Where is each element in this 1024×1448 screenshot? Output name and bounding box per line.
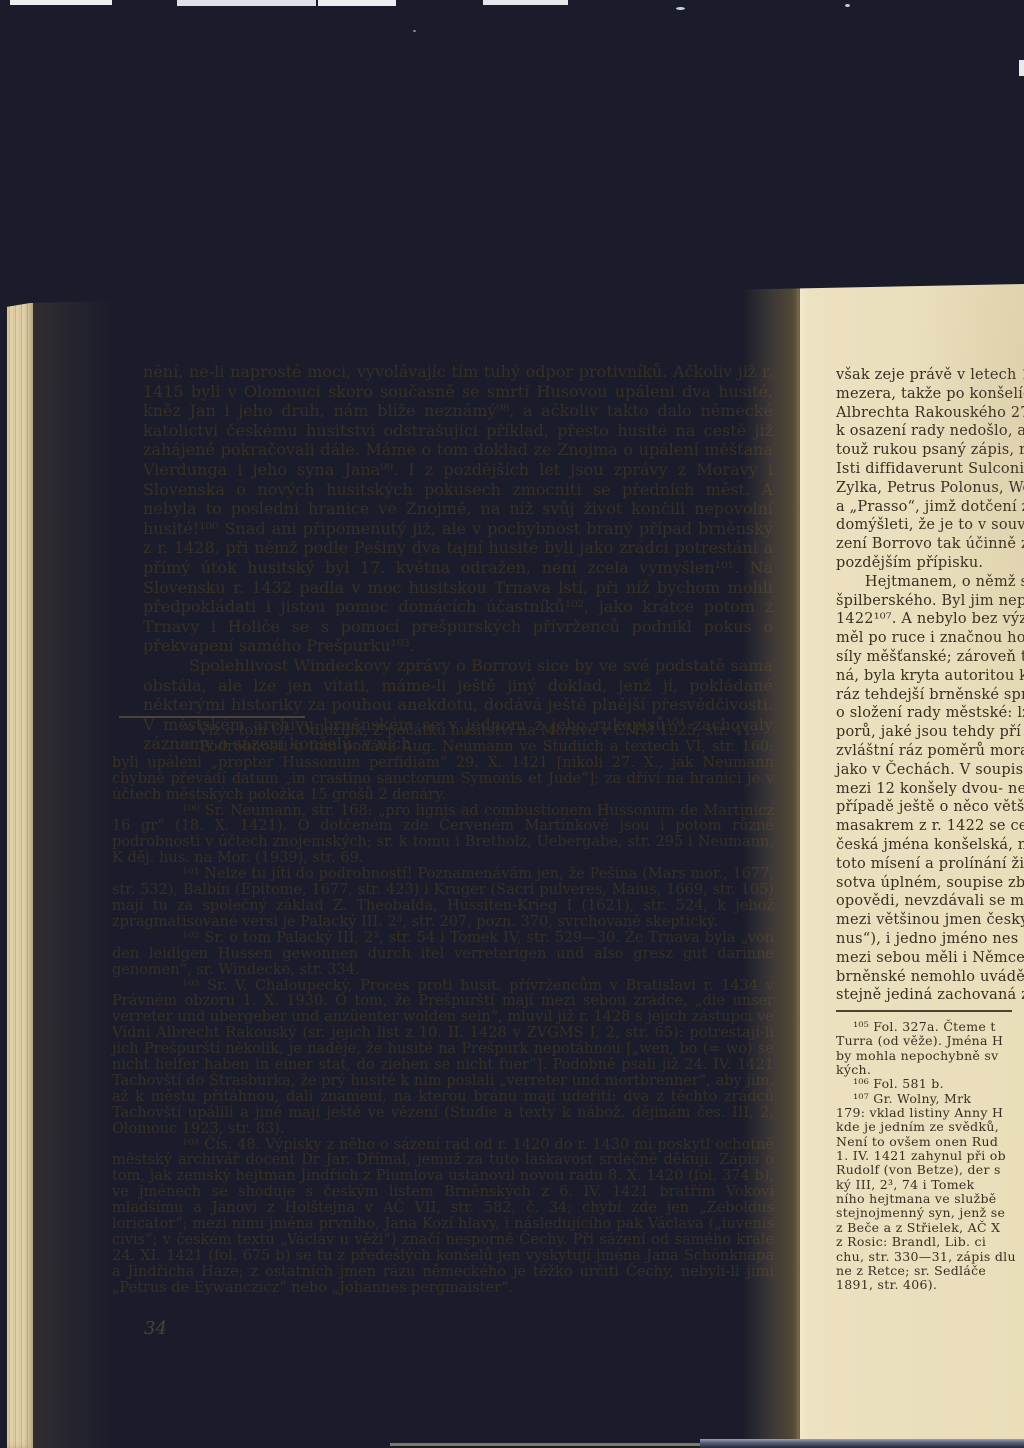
main-text-block: nění, ne-li naprosté moci, vyvolávajíc t… xyxy=(143,362,773,754)
text-line: mezi sebou měli i Němce xyxy=(836,949,1024,968)
footnote: ¹⁰³ Sr. V. Chaloupecký, Proces proti hus… xyxy=(112,979,774,1138)
scanner-background xyxy=(0,0,1024,310)
text-line: síly měšťanské; zároveň ta xyxy=(836,648,1024,667)
footnote-line: chu, str. 330—31, zápis dlu xyxy=(836,1250,1024,1264)
footnote-line: Rudolf (von Betze), der s xyxy=(836,1163,1024,1177)
text-line: ná, byla kryta autoritou kr xyxy=(836,667,1024,686)
footnote-line: ¹⁰⁷ Gr. Wolny, Mrk xyxy=(836,1092,1024,1106)
footnote-line: z Rosic: Brandl, Lib. ci xyxy=(836,1235,1024,1249)
text-line: stejně jediná zachovaná z xyxy=(836,986,1024,1005)
footnote: ⁹⁸ Viz o tom Ot. Odložilík, Z počátků hu… xyxy=(112,724,774,740)
text-line: porů, jaké jsou tehdy pří xyxy=(836,723,1024,742)
scanner-glare-bar xyxy=(10,0,112,5)
footnote-line: stejnojmenný syn, jenž se xyxy=(836,1206,1024,1220)
page-bottom-shadow xyxy=(390,1443,720,1446)
text-line: Isti diffidaverunt Sulconi c xyxy=(836,460,1024,479)
footnote-line: by mohla nepochybně sv xyxy=(836,1049,1024,1063)
right-page-footnotes: ¹⁰⁵ Fol. 327a. Čteme tTurra (od věže). J… xyxy=(836,1020,1024,1293)
dust-speck xyxy=(413,30,416,32)
text-line: zvláštní ráz poměrů mora xyxy=(836,742,1024,761)
page-edge-shading xyxy=(33,288,113,1448)
text-line: česká jména konšelská, n xyxy=(836,836,1024,855)
footnote-line: 179: vklad listiny Anny H xyxy=(836,1106,1024,1120)
text-line: o složení rady městské: lz xyxy=(836,704,1024,723)
text-line: ráz tehdejší brněnské spr xyxy=(836,686,1024,705)
text-line: Albrechta Rakouského 27. xyxy=(836,404,1024,423)
text-line: mezi většinou jmen český xyxy=(836,911,1024,930)
footnote-line: kých. xyxy=(836,1063,1024,1077)
text-line: špilberského. Byl jim nepo xyxy=(836,592,1024,611)
text-line: zení Borrovo tak účinně z xyxy=(836,535,1024,554)
text-line: 1422¹⁰⁷. A nebylo bez výz xyxy=(836,610,1024,629)
page-stack-edge xyxy=(7,292,33,1448)
text-line: však zeje právě v letech 1 xyxy=(836,366,1024,385)
footnote-line: ¹⁰⁵ Fol. 327a. Čteme t xyxy=(836,1020,1024,1034)
body-paragraph: nění, ne-li naprosté moci, vyvolávajíc t… xyxy=(143,362,773,656)
dust-speck xyxy=(676,7,685,10)
scan-bottom-edge xyxy=(700,1439,1024,1448)
dust-speck xyxy=(845,4,850,7)
text-line: Hejtmanem, o němž s xyxy=(836,573,1024,592)
scan-edge-glare xyxy=(1019,60,1024,76)
footnote-line: z Beče a z Střielek, AČ X xyxy=(836,1221,1024,1235)
text-line: nus“), i jedno jméno nes xyxy=(836,930,1024,949)
footnote-line: ký III, 2³, 74 i Tomek xyxy=(836,1178,1024,1192)
text-line: jako v Čechách. V soupis xyxy=(836,761,1024,780)
footnote-line: kde je jedním ze svědků, xyxy=(836,1120,1024,1134)
text-line: mezera, takže po konšelích xyxy=(836,385,1024,404)
right-page: však zeje právě v letech 1mezera, takže … xyxy=(797,283,1024,1448)
text-line: domýšleti, že je to v souvi xyxy=(836,516,1024,535)
book-gutter-shadow xyxy=(742,283,800,1448)
right-page-text-column: však zeje právě v letech 1mezera, takže … xyxy=(836,366,1024,1005)
footnote: ⁹⁹ Podrobnosti o tom podává Aug. Neumann… xyxy=(112,740,774,804)
footnote: ¹⁰⁴ Čís. 48. Výpisky z něho o sázení rad… xyxy=(112,1138,774,1297)
text-line: sotva úplném, soupise zbě xyxy=(836,874,1024,893)
text-line: měl po ruce i značnou ho xyxy=(836,629,1024,648)
footnote-line: ne z Retce; sr. Sedláče xyxy=(836,1264,1024,1278)
footnote-line: 1. IV. 1421 zahynul při ob xyxy=(836,1149,1024,1163)
footnote: ¹⁰⁰ Sr. Neumann, str. 168: „pro lignis a… xyxy=(112,804,774,868)
text-line: a „Prasso“, jimž dotčení z xyxy=(836,498,1024,517)
text-line: pozdějším přípisku. xyxy=(836,554,1024,573)
footnote-line: Není to ovšem onen Rud xyxy=(836,1135,1024,1149)
text-line: masakrem z r. 1422 se ce xyxy=(836,817,1024,836)
text-line: toto mísení a prolínání ži xyxy=(836,855,1024,874)
footnote-line: ního hejtmana ve službě xyxy=(836,1192,1024,1206)
footnotes-block: ⁹⁸ Viz o tom Ot. Odložilík, Z počátků hu… xyxy=(112,724,774,1297)
text-line: brněnské nemohlo uvádět xyxy=(836,968,1024,987)
text-line: Zylka, Petrus Polonus, We xyxy=(836,479,1024,498)
text-line: k osazení rady nedošlo, a t xyxy=(836,422,1024,441)
footnote-line: Turra (od věže). Jména H xyxy=(836,1034,1024,1048)
text-line: opovědi, nevzdávali se m xyxy=(836,892,1024,911)
scanner-glare-bar xyxy=(483,0,568,5)
scanner-glare-bar xyxy=(318,0,396,6)
scanner-glare-bar xyxy=(177,0,316,6)
left-page: nění, ne-li naprosté moci, vyvolávajíc t… xyxy=(7,288,797,1448)
text-line: případě ještě o něco větší xyxy=(836,798,1024,817)
footnote-line: ¹⁰⁶ Fol. 581 b. xyxy=(836,1077,1024,1091)
footnote-separator-rule xyxy=(119,716,305,718)
page-number: 34 xyxy=(144,1318,167,1339)
text-line: mezi 12 konšely dvou- ne xyxy=(836,780,1024,799)
scanned-book-spread: nění, ne-li naprosté moci, vyvolávajíc t… xyxy=(0,0,1024,1448)
footnote-separator-rule xyxy=(836,1010,1012,1012)
footnote: ¹⁰¹ Nelze tu jíti do podrobností! Poznam… xyxy=(112,867,774,931)
footnote: ¹⁰² Sr. o tom Palacký III, 2³, str. 54 i… xyxy=(112,931,774,979)
text-line: touž rukou psaný zápis, r xyxy=(836,441,1024,460)
footnote-line: 1891, str. 406). xyxy=(836,1278,1024,1292)
